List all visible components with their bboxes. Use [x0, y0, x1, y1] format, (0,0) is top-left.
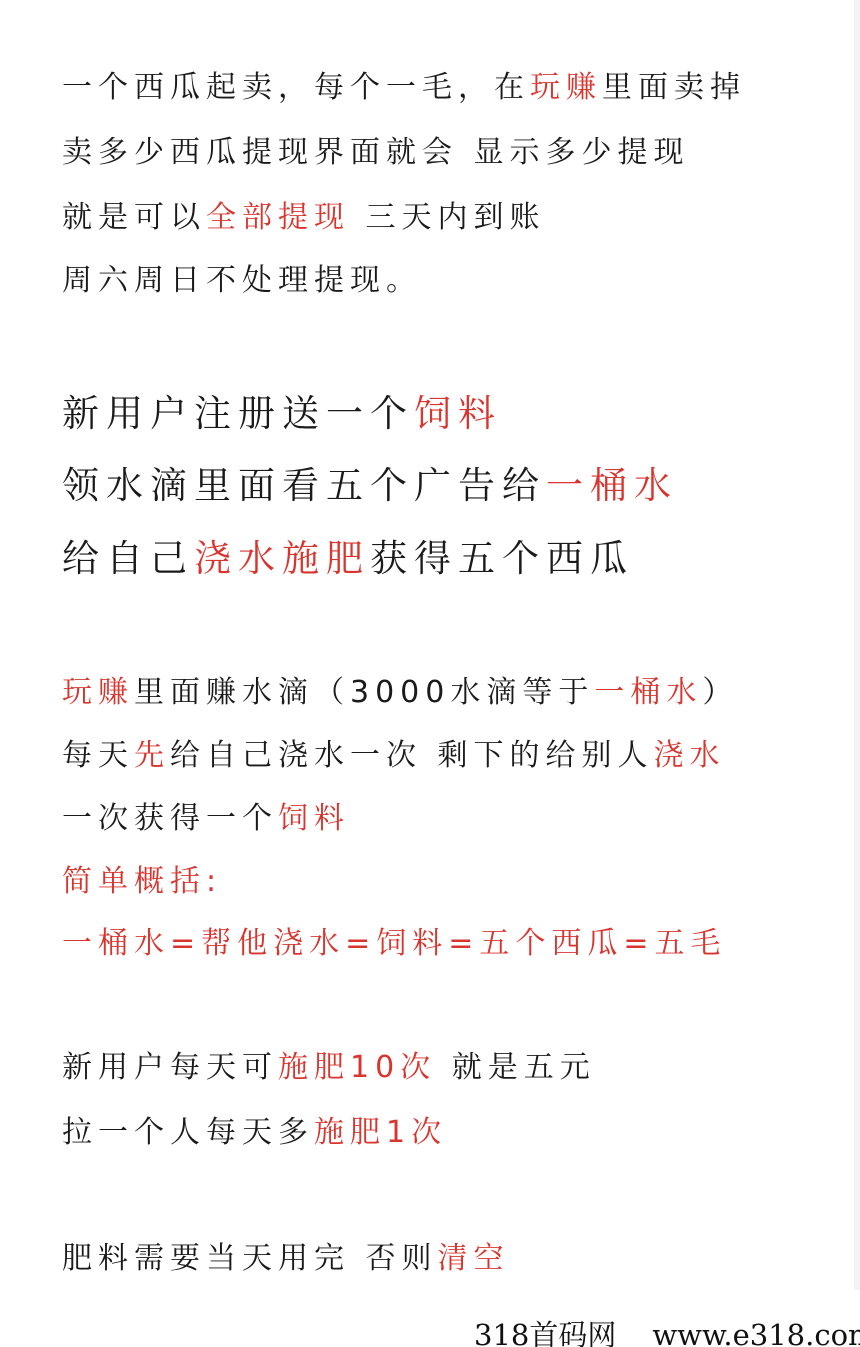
highlight-text: 饲料: [278, 801, 350, 836]
text-line: 一桶水=帮他浇水=饲料=五个西瓜=五毛: [62, 918, 727, 962]
body-text: 新用户注册送一个: [62, 392, 414, 435]
body-text: 里面赚水滴（3000水滴等于: [134, 675, 594, 710]
body-text: 获得五个西瓜: [370, 537, 634, 580]
body-text: 领水滴里面看五个广告给: [62, 464, 546, 507]
body-text: 新用户每天可: [62, 1050, 278, 1085]
highlight-text: 施肥1次: [314, 1115, 447, 1150]
text-line: 新用户每天可施肥10次 就是五元: [62, 1042, 596, 1086]
highlight-text: 玩赚: [530, 70, 602, 105]
highlight-text: 先: [134, 738, 170, 773]
text-line: 就是可以全部提现 三天内到账: [62, 192, 546, 236]
text-line: 每天先给自己浇水一次 剩下的给别人浇水: [62, 730, 726, 774]
highlight-text: 浇水施肥: [194, 537, 370, 580]
text-line: 肥料需要当天用完 否则清空: [62, 1233, 510, 1277]
right-edge-strip: [854, 0, 860, 1290]
watermark: 318首码网www.e318.com: [474, 1313, 860, 1347]
text-line: 玩赚里面赚水滴（3000水滴等于一桶水）: [62, 667, 738, 711]
highlight-text: 全部提现: [206, 200, 350, 235]
body-text: 每天: [62, 738, 134, 773]
body-text: 三天内到账: [350, 200, 546, 235]
body-text: 一次获得一个: [62, 801, 278, 836]
text-line: 拉一个人每天多施肥1次: [62, 1107, 447, 1151]
highlight-text: 简单概括:: [62, 864, 222, 899]
highlight-text: 清空: [438, 1241, 510, 1276]
highlight-text: 玩赚: [62, 675, 134, 710]
body-text: 肥料需要当天用完 否则: [62, 1241, 438, 1276]
body-text: 就是五元: [436, 1050, 596, 1085]
body-text: 给自己浇水一次 剩下的给别人: [170, 738, 654, 773]
text-line: 周六周日不处理提现。: [62, 255, 422, 299]
text-line: 一个西瓜起卖，每个一毛，在玩赚里面卖掉: [62, 62, 746, 106]
text-line: 卖多少西瓜提现界面就会 显示多少提现: [62, 127, 690, 171]
highlight-text: 饲料: [414, 392, 502, 435]
text-line: 一次获得一个饲料: [62, 793, 350, 837]
body-text: 卖多少西瓜提现界面就会 显示多少提现: [62, 135, 690, 170]
body-text: ）: [702, 675, 738, 710]
highlight-text: 一桶水: [546, 464, 678, 507]
text-line: 领水滴里面看五个广告给一桶水: [62, 455, 678, 509]
text-line: 简单概括:: [62, 856, 222, 900]
watermark-url: www.e318.com: [652, 1318, 860, 1347]
highlight-text: 一桶水=帮他浇水=饲料=五个西瓜=五毛: [62, 926, 727, 961]
highlight-text: 施肥10次: [278, 1050, 436, 1085]
body-text: 拉一个人每天多: [62, 1115, 314, 1150]
watermark-site-name: 318首码网: [474, 1318, 616, 1347]
body-text: 一个西瓜起卖，每个一毛，在: [62, 70, 530, 105]
body-text: 给自己: [62, 537, 194, 580]
text-line: 给自己浇水施肥获得五个西瓜: [62, 528, 634, 582]
body-text: 就是可以: [62, 200, 206, 235]
body-text: 周六周日不处理提现。: [62, 263, 422, 298]
body-text: 里面卖掉: [602, 70, 746, 105]
highlight-text: 一桶水: [594, 675, 702, 710]
highlight-text: 浇水: [654, 738, 726, 773]
text-line: 新用户注册送一个饲料: [62, 383, 502, 437]
